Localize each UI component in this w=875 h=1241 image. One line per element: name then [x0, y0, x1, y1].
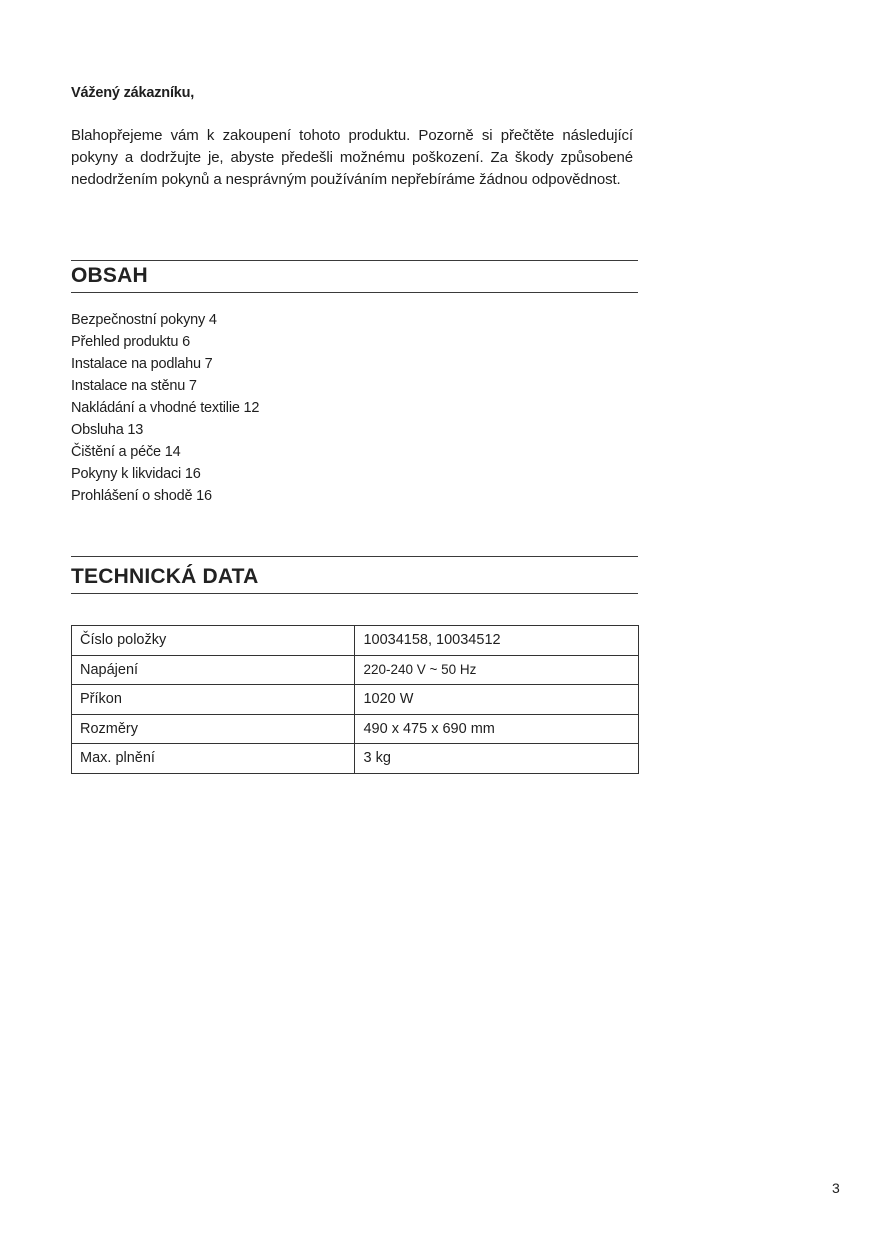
table-row: Číslo položky 10034158, 10034512	[72, 626, 639, 656]
tech-rule-top	[71, 556, 638, 557]
toc-rule-top	[71, 260, 638, 261]
page-number: 3	[832, 1180, 840, 1196]
spec-label: Rozměry	[72, 714, 355, 744]
toc-item[interactable]: Čištění a péče 14	[71, 441, 259, 463]
toc-item[interactable]: Bezpečnostní pokyny 4	[71, 309, 259, 331]
table-row: Rozměry 490 x 475 x 690 mm	[72, 714, 639, 744]
spec-value: 3 kg	[355, 744, 639, 774]
spec-label: Příkon	[72, 685, 355, 715]
greeting: Vážený zákazníku,	[71, 85, 194, 101]
toc-item[interactable]: Přehled produktu 6	[71, 331, 259, 353]
spec-value: 1020 W	[355, 685, 639, 715]
toc-item[interactable]: Instalace na podlahu 7	[71, 353, 259, 375]
spec-value: 490 x 475 x 690 mm	[355, 714, 639, 744]
toc-title: OBSAH	[71, 264, 148, 288]
spec-label: Max. plnění	[72, 744, 355, 774]
toc-item[interactable]: Nakládání a vhodné textilie 12	[71, 397, 259, 419]
spec-label: Napájení	[72, 655, 355, 685]
toc-item[interactable]: Prohlášení o shodě 16	[71, 485, 259, 507]
spec-value: 220-240 V ~ 50 Hz	[355, 655, 639, 685]
tech-rule-bottom	[71, 593, 638, 594]
spec-value: 10034158, 10034512	[355, 626, 639, 656]
table-row: Napájení 220-240 V ~ 50 Hz	[72, 655, 639, 685]
tech-title: TECHNICKÁ DATA	[71, 565, 259, 589]
table-row: Max. plnění 3 kg	[72, 744, 639, 774]
toc-item[interactable]: Pokyny k likvidaci 16	[71, 463, 259, 485]
spec-label: Číslo položky	[72, 626, 355, 656]
tech-data-table: Číslo položky 10034158, 10034512 Napájen…	[71, 625, 639, 774]
toc-item[interactable]: Obsluha 13	[71, 419, 259, 441]
toc-rule-bottom	[71, 292, 638, 293]
intro-paragraph: Blahopřejeme vám k zakoupení tohoto prod…	[71, 125, 633, 191]
table-of-contents: Bezpečnostní pokyny 4 Přehled produktu 6…	[71, 309, 259, 507]
toc-item[interactable]: Instalace na stěnu 7	[71, 375, 259, 397]
table-row: Příkon 1020 W	[72, 685, 639, 715]
